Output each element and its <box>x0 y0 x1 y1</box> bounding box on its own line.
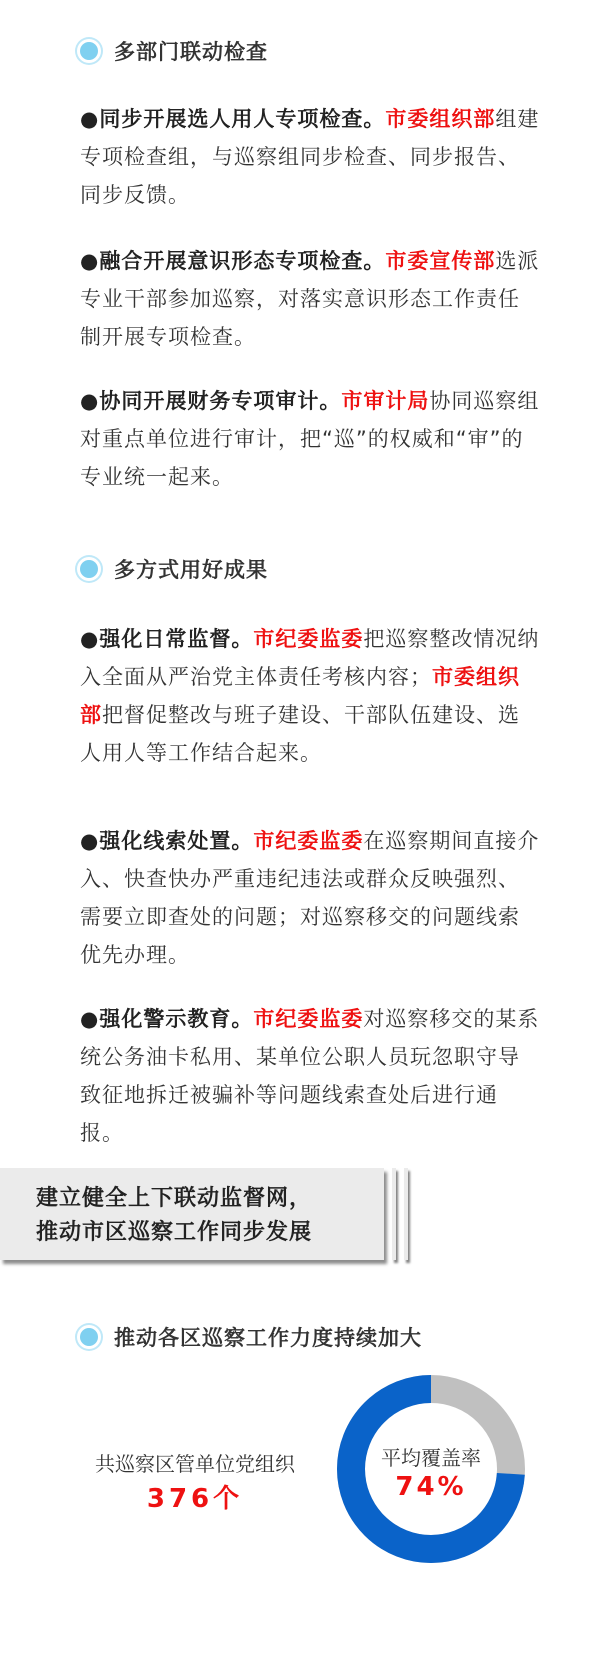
bullet-dot-icon <box>80 560 98 578</box>
highlight-text: 市委宣传部 <box>385 249 495 273</box>
lead-text: ●强化日常监督。 <box>80 627 253 651</box>
banner-text: 建立健全上下联动监督网， 推动市区巡察工作同步发展 <box>36 1182 312 1250</box>
banner-line-1: 建立健全上下联动监督网， <box>36 1182 312 1216</box>
section-title: 多部门联动检查 <box>114 36 268 66</box>
highlight-text: 市纪委监委 <box>253 627 363 651</box>
banner-line-2: 推动市区巡察工作同步发展 <box>36 1216 312 1250</box>
bullet-dot-icon <box>80 1328 98 1346</box>
stat-value: 376个 <box>80 1478 310 1515</box>
section-header-1: 多部门联动检查 <box>80 36 268 66</box>
paragraph: ●强化警示教育。市纪委监委对巡察移交的某系统公务油卡私用、某单位公职人员玩忽职守… <box>80 1000 540 1152</box>
section-header-2: 多方式用好成果 <box>80 554 268 584</box>
section-title: 推动各区巡察工作力度持续加大 <box>114 1322 422 1352</box>
section-title: 多方式用好成果 <box>114 554 268 584</box>
paragraph: ●同步开展选人用人专项检查。市委组织部组建专项检查组，与巡察组同步检查、同步报告… <box>80 100 540 214</box>
lead-text: ●强化线索处置。 <box>80 829 253 853</box>
body-text: 把督促整改与班子建设、干部队伍建设、选人用人等工作结合起来。 <box>80 703 520 765</box>
highlight-text: 市委组织部 <box>385 107 495 131</box>
highlight-text: 市纪委监委 <box>253 1007 363 1031</box>
donut-label: 平均覆盖率 <box>336 1442 526 1471</box>
paragraph: ●强化线索处置。市纪委监委在巡察期间直接介入、快查快办严重违纪违法或群众反映强烈… <box>80 822 540 974</box>
lead-text: ●同步开展选人用人专项检查。 <box>80 107 385 131</box>
bullet-dot-icon <box>80 42 98 60</box>
lead-text: ●融合开展意识形态专项检查。 <box>80 249 385 273</box>
banner: 建立健全上下联动监督网， 推动市区巡察工作同步发展 <box>0 1168 384 1260</box>
stat-label: 共巡察区管单位党组织 <box>80 1448 310 1477</box>
donut-value: 74% <box>336 1472 526 1502</box>
section-header-3: 推动各区巡察工作力度持续加大 <box>80 1322 422 1352</box>
paragraph: ●强化日常监督。市纪委监委把巡察整改情况纳入全面从严治党主体责任考核内容；市委组… <box>80 620 540 772</box>
lead-text: ●强化警示教育。 <box>80 1007 253 1031</box>
lead-text: ●协同开展财务专项审计。 <box>80 389 341 413</box>
decorative-bar <box>392 1168 396 1260</box>
highlight-text: 市纪委监委 <box>253 829 363 853</box>
highlight-text: 市审计局 <box>341 389 429 413</box>
paragraph: ●协同开展财务专项审计。市审计局协同巡察组对重点单位进行审计，把“巡”的权威和“… <box>80 382 540 496</box>
decorative-bar <box>404 1168 408 1260</box>
paragraph: ●融合开展意识形态专项检查。市委宣传部选派专业干部参加巡察，对落实意识形态工作责… <box>80 242 540 356</box>
